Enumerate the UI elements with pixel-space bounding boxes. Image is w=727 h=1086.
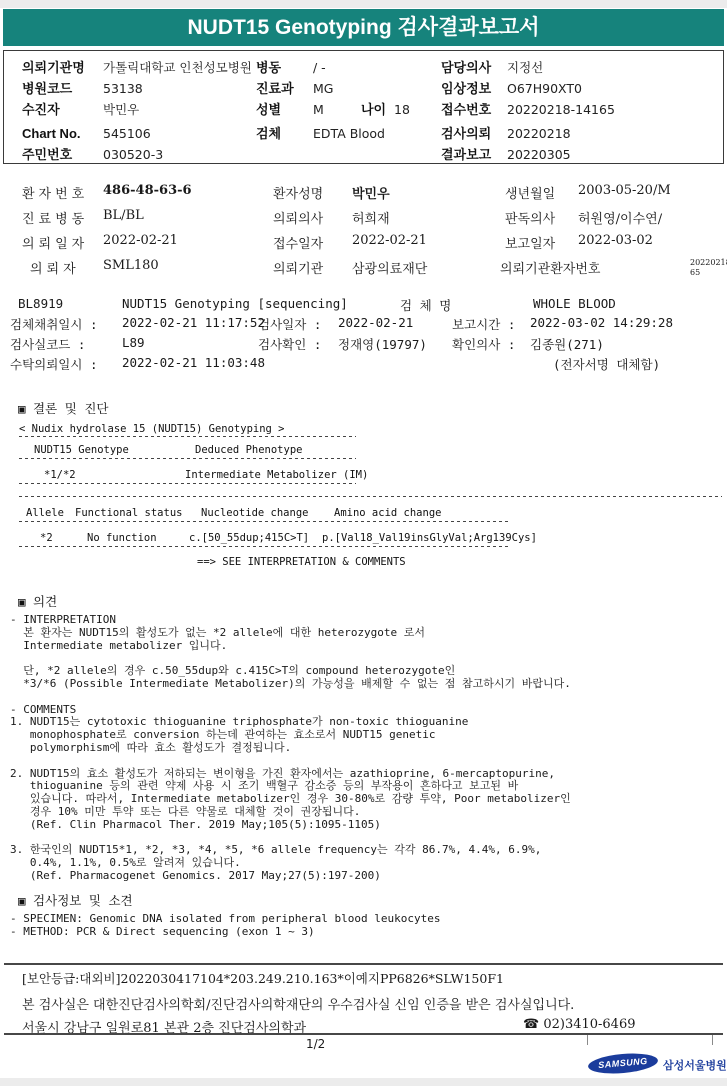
info-row: Chart No.545106 — [22, 123, 252, 144]
field-label: 환자성명 — [273, 183, 323, 202]
field-value: 20220218-14165 — [507, 99, 615, 120]
dashed-divider — [19, 521, 509, 522]
report-title-banner: NUDT15 Genotyping 검사결과보고서 — [3, 9, 724, 46]
info-row: 수진자박민우 — [22, 99, 252, 120]
info-row: 병동/ - — [256, 57, 410, 78]
field-label: 의뢰의사 — [273, 208, 323, 227]
field-label: 수진자 — [22, 99, 103, 120]
field-value: / - — [313, 57, 326, 78]
patient-row: 환자번호 486-48-63-6 환자성명 박민우 생년월일 2003-05-2… — [22, 183, 722, 208]
ordering-doctor: 허희재 — [352, 208, 390, 227]
patient-id: 486-48-63-6 — [103, 183, 192, 198]
amino-acid-change-value: p.[Val18_Val19insGlyVal;Arg139Cys] — [322, 532, 537, 544]
footer-bottom-rule — [4, 1033, 723, 1035]
info-row: 임상정보O67H90XT0 — [441, 78, 615, 99]
field-label: 검사확인 : — [258, 335, 321, 353]
dashed-divider — [19, 458, 356, 459]
order-info-col1: 의뢰기관명가톨릭대학교 인천성모병원 병원코드53138 수진자박민우 Char… — [22, 57, 252, 165]
field-label: 검사실코드 : — [10, 335, 85, 353]
field-value: 가톨릭대학교 인천성모병원 — [103, 57, 252, 78]
age-label: 나이 — [361, 99, 394, 120]
field-label: Chart No. — [22, 123, 103, 144]
accreditation-line: 본 검사실은 대한진단검사의학회/진단검사의학재단의 우수검사실 신임 인증을 … — [22, 994, 574, 1013]
field-label: 검사일자 : — [258, 315, 321, 333]
request-date: 2022-02-21 — [103, 233, 178, 248]
genotype-column-header: NUDT15 Genotype — [34, 444, 129, 456]
birth-date: 2003-05-20/M — [578, 183, 671, 198]
allele-header: Allele — [26, 507, 64, 519]
opinion-body: - INTERPRETATION 본 환자는 NUDT15의 활성도가 없는 *… — [10, 614, 571, 883]
order-info-col2: 병동/ - 진료과MG 성별M나이18 검체EDTA Blood — [256, 57, 410, 144]
lab-report-page: NUDT15 Genotyping 검사결과보고서 의뢰기관명가톨릭대학교 인천… — [0, 0, 727, 1086]
field-label: 접수번호 — [441, 99, 507, 120]
results-subtitle: < Nudix hydrolase 15 (NUDT15) Genotyping… — [19, 423, 285, 435]
nucleotide-change-value: c.[50_55dup;415C>T] — [189, 532, 309, 544]
field-label: 의뢰기관 — [273, 258, 323, 277]
field-label: 환자번호 — [22, 183, 88, 202]
field-value: 545106 — [103, 123, 151, 144]
field-label: 병동 — [256, 57, 313, 78]
field-label: 보고일자 — [505, 233, 555, 252]
specimen-label: 검 체 명 — [400, 296, 451, 314]
phenotype-value: Intermediate Metabolizer (IM) — [185, 469, 368, 481]
info-row: 병원코드53138 — [22, 78, 252, 99]
age-value: 18 — [394, 99, 410, 120]
info-row: 의뢰기관명가톨릭대학교 인천성모병원 — [22, 57, 252, 78]
see-interpretation-note: ==> SEE INTERPRETATION & COMMENTS — [197, 556, 406, 568]
field-value: MG — [313, 78, 333, 99]
security-line: [보안등급:대외비]2022030417104*203.249.210.163*… — [22, 969, 504, 987]
field-value: M — [313, 99, 361, 120]
amino-acid-change-header: Amino acid change — [334, 507, 441, 519]
info-row: 검체EDTA Blood — [256, 123, 410, 144]
field-label: 접수일자 — [273, 233, 323, 252]
footer-rule-tick — [712, 1035, 713, 1045]
report-date: 2022-03-02 — [578, 233, 653, 248]
field-value: O67H90XT0 — [507, 78, 582, 99]
ward: BL/BL — [103, 208, 144, 223]
lab-code: L89 — [122, 335, 145, 350]
field-label: 진료과 — [256, 78, 313, 99]
info-row: 성별M나이18 — [256, 99, 410, 120]
info-row: 진료과MG — [256, 78, 410, 99]
field-label: 의뢰일자 — [22, 233, 88, 252]
field-label: 주민번호 — [22, 144, 103, 165]
field-label: 검체채취일시 : — [10, 315, 98, 333]
field-label: 담당의사 — [441, 57, 507, 78]
request-org: 삼광의료재단 — [352, 258, 427, 277]
functional-status-header: Functional status — [75, 507, 182, 519]
section-title-conclusion: ▣ 결론 및 진단 — [18, 399, 108, 417]
genotype-value: *1/*2 — [44, 469, 76, 481]
patient-row: 진료병동 BL/BL 의뢰의사 허희재 판독의사 허원영/이수연/ — [22, 208, 722, 233]
patient-row: 의뢰일자 2022-02-21 접수일자 2022-02-21 보고일자 202… — [22, 233, 722, 258]
collection-datetime: 2022-02-21 11:17:52 — [122, 315, 265, 330]
field-label: 검체 — [256, 123, 313, 144]
info-row: 검사의뢰20220218 — [441, 123, 615, 144]
bottom-strip — [0, 1078, 727, 1086]
requester: SML180 — [103, 258, 159, 273]
field-label: 의뢰자 — [30, 258, 80, 277]
samsung-logo-oval: SAMSUNG — [587, 1051, 658, 1076]
footer-rule-tick — [587, 1035, 588, 1045]
field-label: 생년월일 — [505, 183, 555, 202]
report-time: 2022-03-02 14:29:28 — [530, 315, 673, 330]
field-value: 박민우 — [103, 99, 139, 120]
field-label: 결과보고 — [441, 144, 507, 165]
order-info-box: 의뢰기관명가톨릭대학교 인천성모병원 병원코드53138 수진자박민우 Char… — [3, 50, 724, 164]
patient-row: 의뢰자 SML180 의뢰기관 삼광의료재단 의뢰기관환자번호 20220218… — [22, 258, 722, 283]
field-value: 53138 — [103, 78, 143, 99]
info-row: 담당의사지정선 — [441, 57, 615, 78]
footer-top-rule — [4, 963, 723, 965]
field-label: 의뢰기관명 — [22, 57, 103, 78]
allele-value: *2 — [40, 532, 53, 544]
hospital-name: 삼성서울병원 — [663, 1057, 727, 1073]
section-title-opinion: ▣ 의견 — [18, 592, 57, 610]
field-value: 20220305 — [507, 144, 571, 165]
field-label: 판독의사 — [505, 208, 555, 227]
report-title: NUDT15 Genotyping 검사결과보고서 — [187, 16, 539, 39]
dashed-divider — [19, 546, 509, 547]
patient-section: 환자번호 486-48-63-6 환자성명 박민우 생년월일 2003-05-2… — [22, 183, 722, 283]
field-label: 진료병동 — [22, 208, 88, 227]
field-label: 확인의사 : — [452, 335, 515, 353]
field-value: 030520-3 — [103, 144, 163, 165]
specimen-value: WHOLE BLOOD — [533, 296, 616, 311]
section-title-test-info: ▣ 검사정보 및 소견 — [18, 891, 133, 909]
test-code: BL8919 — [18, 296, 63, 311]
dashed-divider — [19, 436, 356, 437]
nucleotide-change-header: Nucleotide change — [201, 507, 308, 519]
test-info-body: - SPECIMEN: Genomic DNA isolated from pe… — [10, 913, 440, 939]
confirming-doctor: 김종원(271) — [530, 335, 604, 353]
field-value: EDTA Blood — [313, 123, 385, 144]
org-patient-number: 2022021814165 — [690, 258, 727, 278]
referral-datetime: 2022-02-21 11:03:48 — [122, 355, 265, 370]
field-label: 성별 — [256, 99, 313, 120]
order-info-col3: 담당의사지정선 임상정보O67H90XT0 접수번호20220218-14165… — [441, 57, 615, 165]
e-signature-note: (전자서명 대체함) — [553, 355, 660, 373]
patient-name: 박민우 — [352, 183, 390, 202]
field-label: 병원코드 — [22, 78, 103, 99]
field-label: 수탁의뢰일시 : — [10, 355, 98, 373]
dashed-divider-long — [19, 496, 722, 497]
top-strip — [0, 0, 727, 8]
test-verifier: 정재영(19797) — [338, 335, 427, 353]
test-date: 2022-02-21 — [338, 315, 413, 330]
reading-doctor: 허원영/이수연/ — [578, 208, 662, 227]
field-label: 보고시간 : — [452, 315, 515, 333]
dashed-divider — [19, 483, 356, 484]
functional-status-value: No function — [87, 532, 157, 544]
samsung-logo-text: SAMSUNG — [587, 1051, 658, 1076]
field-label: 검사의뢰 — [441, 123, 507, 144]
field-label: 의뢰기관환자번호 — [500, 258, 600, 277]
field-label: 임상정보 — [441, 78, 507, 99]
field-value: 20220218 — [507, 123, 571, 144]
test-name: NUDT15 Genotyping [sequencing] — [122, 296, 348, 311]
phenotype-column-header: Deduced Phenotype — [195, 444, 302, 456]
page-number: 1/2 — [306, 1037, 325, 1051]
info-row: 결과보고20220305 — [441, 144, 615, 165]
info-row: 주민번호030520-3 — [22, 144, 252, 165]
phone-number: ☎ 02)3410-6469 — [523, 1017, 636, 1032]
info-row: 접수번호20220218-14165 — [441, 99, 615, 120]
field-value: 지정선 — [507, 57, 543, 78]
receipt-date: 2022-02-21 — [352, 233, 427, 248]
